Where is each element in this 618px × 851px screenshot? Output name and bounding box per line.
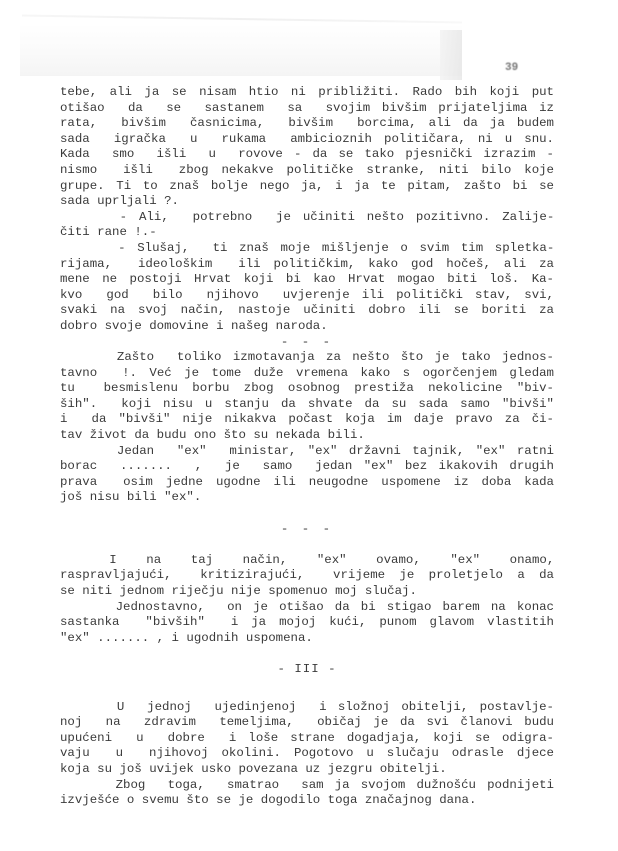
text-line: mene ne postoji Hrvat koji bi kao Hrvat … [60,272,554,288]
scanned-page: 39 tebe, ali ja se nisam htio ni približ… [0,0,618,851]
text-line: svaki na svoj način, nastoje učiniti dob… [60,303,554,319]
paragraph: U jednoj ujedinjenoj i složnoj obitelji,… [60,700,554,778]
text-line: Jedan "ex" ministar, "ex" državni tajnik… [60,444,554,460]
spacer [60,646,554,662]
text-line: i da "bivši" nije nikakva počast koja im… [60,412,554,428]
page-number: 39 [505,62,518,74]
text-line: ših". koji nisu u stanju da shvate da su… [60,397,554,413]
text-line: upućeni u dobre i loše strane dogadjaja,… [60,731,554,747]
paragraph: tebe, ali ja se nisam htio ni približiti… [60,85,554,210]
text-line: tavno !. Već je tome duže vremena kako s… [60,366,554,382]
text-line: Zbog toga, smatrao sam ja svojom dužnošć… [60,778,554,794]
text-line: rata, bivšim časnicima, bivšim borcima, … [60,116,554,132]
text-line: sada igračka u rukama ambicioznih politi… [60,132,554,148]
text-line: borac ....... , je samo jedan "ex" bez i… [60,459,554,475]
text-line: čiti rane !.- [60,225,554,241]
text-line: koja su još uvijek usko povezana uz jezg… [60,762,554,778]
text-line: tav život da budu ono što su nekada bili… [60,428,554,444]
spacer [60,678,554,700]
paragraph: Zbog toga, smatrao sam ja svojom dužnošć… [60,778,554,809]
text-line: prava osim jedne ugodne ili neugodne usp… [60,475,554,491]
paragraph: Jedan "ex" ministar, "ex" državni tajnik… [60,444,554,506]
text-line: otišao da se sastanem sa svojim bivšim p… [60,101,554,117]
paragraph: Zašto toliko izmotavanja za nešto što je… [60,350,554,444]
text-line: Zašto toliko izmotavanja za nešto što je… [60,350,554,366]
paragraph: I na taj način, "ex" ovamo, "ex" onamo,r… [60,553,554,600]
text-line: Kada smo išli u rovove - da se tako pjes… [60,147,554,163]
text-line: se niti jednom riječju nije spomenuo moj… [60,584,554,600]
text-line: tu besmislenu borbu zbog osobnog prestiž… [60,381,554,397]
text-line: izvješće o svemu što se je dogodilo toga… [60,793,554,809]
page-edge-line [22,15,462,24]
page-body: tebe, ali ja se nisam htio ni približiti… [60,85,554,809]
scan-shadow [20,24,462,76]
text-line: U jednoj ujedinjenoj i složnoj obitelji,… [60,700,554,716]
paragraph: - Slušaj, ti znaš moje mišljenje o svim … [60,241,554,335]
text-line: nismo išli zbog nekakve političke strank… [60,163,554,179]
text-line: sastanka "bivših" i ja mojoj kući, punom… [60,615,554,631]
text-line: grupe. Ti to znaš bolje nego ja, i ja te… [60,179,554,195]
text-line: dobro svoje domovine i našeg naroda. [60,319,554,335]
text-line: Jednostavno, on je otišao da bi stigao b… [60,600,554,616]
text-line: - Slušaj, ti znaš moje mišljenje o svim … [60,241,554,257]
spacer [60,537,554,553]
text-line: još nisu bili "ex". [60,490,554,506]
text-line: rijama, ideološkim ili političkim, kako … [60,257,554,273]
text-line: sada uprljali ?. [60,194,554,210]
paragraph: - Ali, potrebno je učiniti nešto pozitiv… [60,210,554,241]
text-line: kvo god bilo njihovo uvjerenje ili polit… [60,288,554,304]
section-separator: - - - [60,335,554,351]
spacer [60,506,554,522]
scan-shadow-right [440,30,462,80]
text-line: raspravljajući, kritizirajući, vrijeme j… [60,568,554,584]
text-line: vaju u njihovoj okolini. Pogotovo u sluč… [60,746,554,762]
text-line: - Ali, potrebno je učiniti nešto pozitiv… [60,210,554,226]
paragraph: Jednostavno, on je otišao da bi stigao b… [60,600,554,647]
section-separator: - - - [60,522,554,538]
text-line: I na taj način, "ex" ovamo, "ex" onamo, [60,553,554,569]
text-line: noj na zdravim temeljima, običaj je da s… [60,715,554,731]
chapter-heading: - III - [60,662,554,678]
text-line: "ex" ....... , i ugodnih uspomena. [60,631,554,647]
text-line: tebe, ali ja se nisam htio ni približiti… [60,85,554,101]
